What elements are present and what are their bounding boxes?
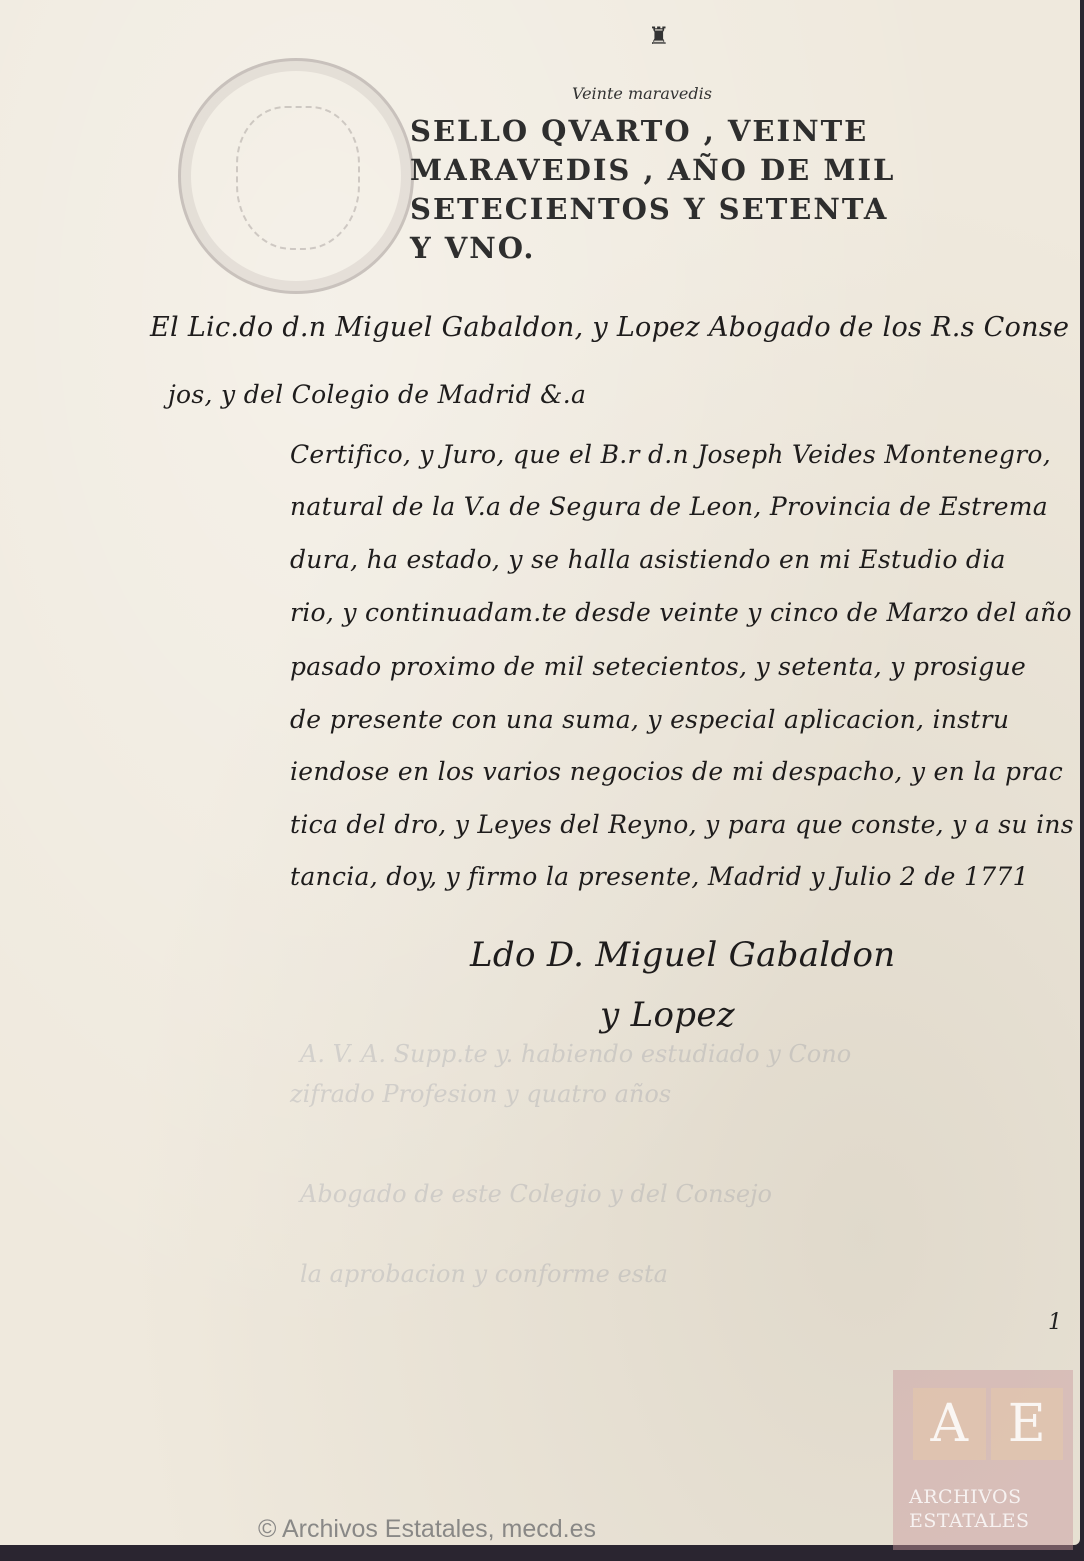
logo-monogram: A E [913, 1388, 1063, 1460]
logo-letter: A [913, 1388, 986, 1460]
logo-name: ARCHIVOS ESTATALES [909, 1485, 1069, 1533]
body-line: tancia, doy, y firmo la presente, Madrid… [290, 862, 1029, 891]
body-line: dura, ha estado, y se halla asistiendo e… [290, 545, 1006, 574]
heading-line: jos, y del Colegio de Madrid &.a [168, 380, 586, 409]
document-page: ♜ Veinte maravedis SELLO QVARTO , VEINTE… [0, 0, 1080, 1545]
stamp-line: SETECIENTOS Y SETENTA [410, 190, 970, 229]
copyright-watermark: © Archivos Estatales, mecd.es [258, 1515, 596, 1544]
page-number: 1 [1048, 1310, 1062, 1335]
bleed-through-text: Abogado de este Colegio y del Consejo [300, 1180, 772, 1208]
bleed-through-text: la aprobacion y conforme esta [300, 1260, 668, 1288]
stamp-line: MARAVEDIS , AÑO DE MIL [410, 151, 970, 190]
body-line: de presente con una suma, y especial apl… [290, 705, 1009, 734]
logo-name-line: ESTATALES [909, 1509, 1069, 1533]
body-line: Certifico, y Juro, que el B.r d.n Joseph… [290, 440, 1051, 469]
bleed-through-text: A. V. A. Supp.te y. habiendo estudiado y… [300, 1040, 851, 1068]
body-line: tica del dro, y Leyes del Reyno, y para … [290, 810, 1074, 839]
body-line: pasado proximo de mil setecientos, y set… [290, 652, 1026, 681]
signature-name: Ldo D. Miguel Gabaldon [470, 935, 896, 975]
crest-icon: ♜ [648, 22, 670, 50]
stamp-line: SELLO QVARTO , VEINTE [410, 112, 970, 151]
stamp-denomination: Veinte maravedis [572, 84, 712, 103]
bleed-through-text: zifrado Profesion y quatro años [290, 1080, 671, 1108]
logo-letter: E [991, 1388, 1064, 1460]
logo-name-line: ARCHIVOS [909, 1485, 1069, 1509]
heading-line: El Lic.do d.n Miguel Gabaldon, y Lopez A… [150, 312, 1069, 343]
body-line: rio, y continuadam.te desde veinte y cin… [290, 598, 1072, 627]
stamp-line: Y VNO. [410, 229, 970, 268]
signature-surname: y Lopez [600, 995, 735, 1035]
stamp-text: SELLO QVARTO , VEINTE MARAVEDIS , AÑO DE… [410, 112, 970, 268]
official-seal [178, 58, 414, 294]
body-line: natural de la V.a de Segura de Leon, Pro… [290, 492, 1048, 521]
body-line: iendose en los varios negocios de mi des… [290, 757, 1063, 786]
archivos-estatales-logo: A E ARCHIVOS ESTATALES [893, 1370, 1073, 1550]
